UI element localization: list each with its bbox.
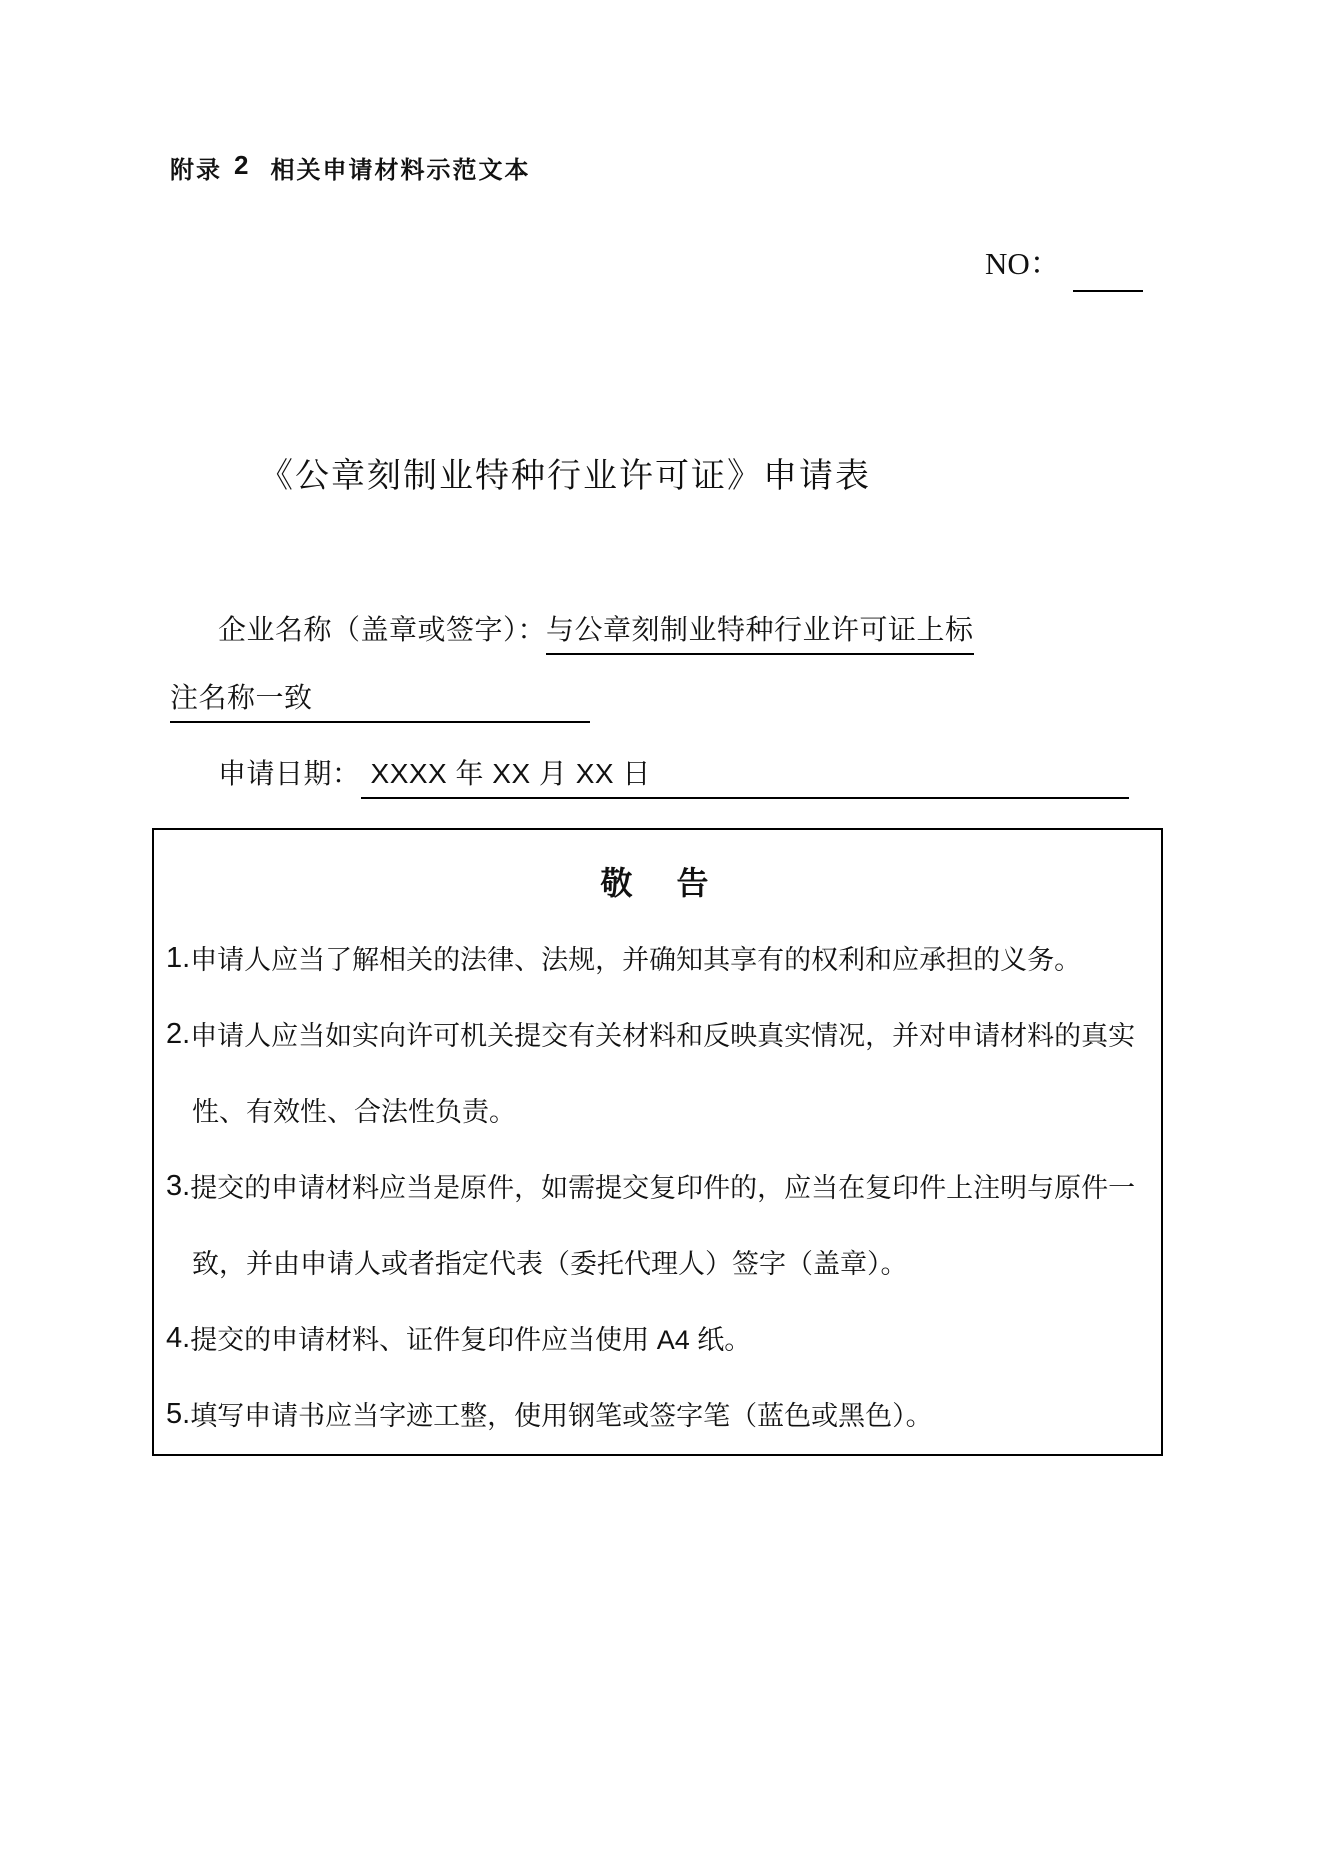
application-date-row: 申请日期：XXXX 年 XX 月 XX 日 [218,752,1129,799]
company-name-row: 企业名称（盖章或签字）：与公章刻制业特种行业许可证上标 注名称一致 [170,608,974,752]
notice-item: 5.填写申请书应当字迹工整，使用钢笔或签字笔（蓝色或黑色）。 [166,1378,1149,1454]
appendix-title: 相关申请材料示范文本 [270,157,530,184]
notice-item: 1.申请人应当了解相关的法律、法规，并确知其享有的权利和应承担的义务。 [166,922,1149,998]
notice-item-number: 5. [166,1398,190,1430]
form-number-blank-field [1073,245,1143,292]
notice-item: 2.申请人应当如实向许可机关提交有关材料和反映真实情况，并对申请材料的真实 性、… [166,998,1149,1150]
notice-item-text: 申请人应当如实向许可机关提交有关材料和反映真实情况，并对申请材料的真实 性、有效… [190,1021,1135,1127]
company-name-value-line1: 与公章刻制业特种行业许可证上标 [546,612,974,655]
appendix-heading: 附录2相关申请材料示范文本 [170,150,530,185]
notice-heading: 敬 告 [166,858,1149,904]
application-date-label: 申请日期： [218,758,361,789]
notice-item-number: 4. [166,1322,190,1354]
company-name-line1: 企业名称（盖章或签字）：与公章刻制业特种行业许可证上标 [170,608,974,680]
notice-item-text: 申请人应当了解相关的法律、法规，并确知其享有的权利和应承担的义务。 [190,945,1081,975]
notice-item-number: 1. [166,942,190,974]
document-page: 附录2相关申请材料示范文本 NO： 《公章刻制业特种行业许可证》申请表 企业名称… [0,0,1323,1871]
form-number-label: NO： [985,246,1061,281]
notice-box: 敬 告 1.申请人应当了解相关的法律、法规，并确知其享有的权利和应承担的义务。 … [152,828,1163,1456]
notice-item-text: 提交的申请材料应当是原件，如需提交复印件的，应当在复印件上注明与原件一 致，并由… [190,1173,1135,1279]
notice-item-text: 提交的申请材料、证件复印件应当使用 A4 纸。 [190,1325,751,1355]
application-date-field: XXXX 年 XX 月 XX 日 [361,756,1129,799]
company-name-line2: 注名称一致 [170,680,974,752]
form-title: 《公章刻制业特种行业许可证》申请表 [0,448,1130,497]
notice-item-text: 填写申请书应当字迹工整，使用钢笔或签字笔（蓝色或黑色）。 [190,1401,933,1431]
company-name-label: 企业名称（盖章或签字）： [218,614,546,645]
application-date-value: XXXX 年 XX 月 XX 日 [361,758,651,789]
appendix-label: 附录 [170,157,222,184]
notice-item: 4.提交的申请材料、证件复印件应当使用 A4 纸。 [166,1302,1149,1378]
notice-item-number: 3. [166,1170,190,1202]
notice-item-number: 2. [166,1018,190,1050]
appendix-number: 2 [234,150,248,181]
company-name-value-line2: 注名称一致 [170,680,590,723]
notice-item: 3.提交的申请材料应当是原件，如需提交复印件的，应当在复印件上注明与原件一 致，… [166,1150,1149,1302]
form-number-row: NO： [985,238,1143,292]
